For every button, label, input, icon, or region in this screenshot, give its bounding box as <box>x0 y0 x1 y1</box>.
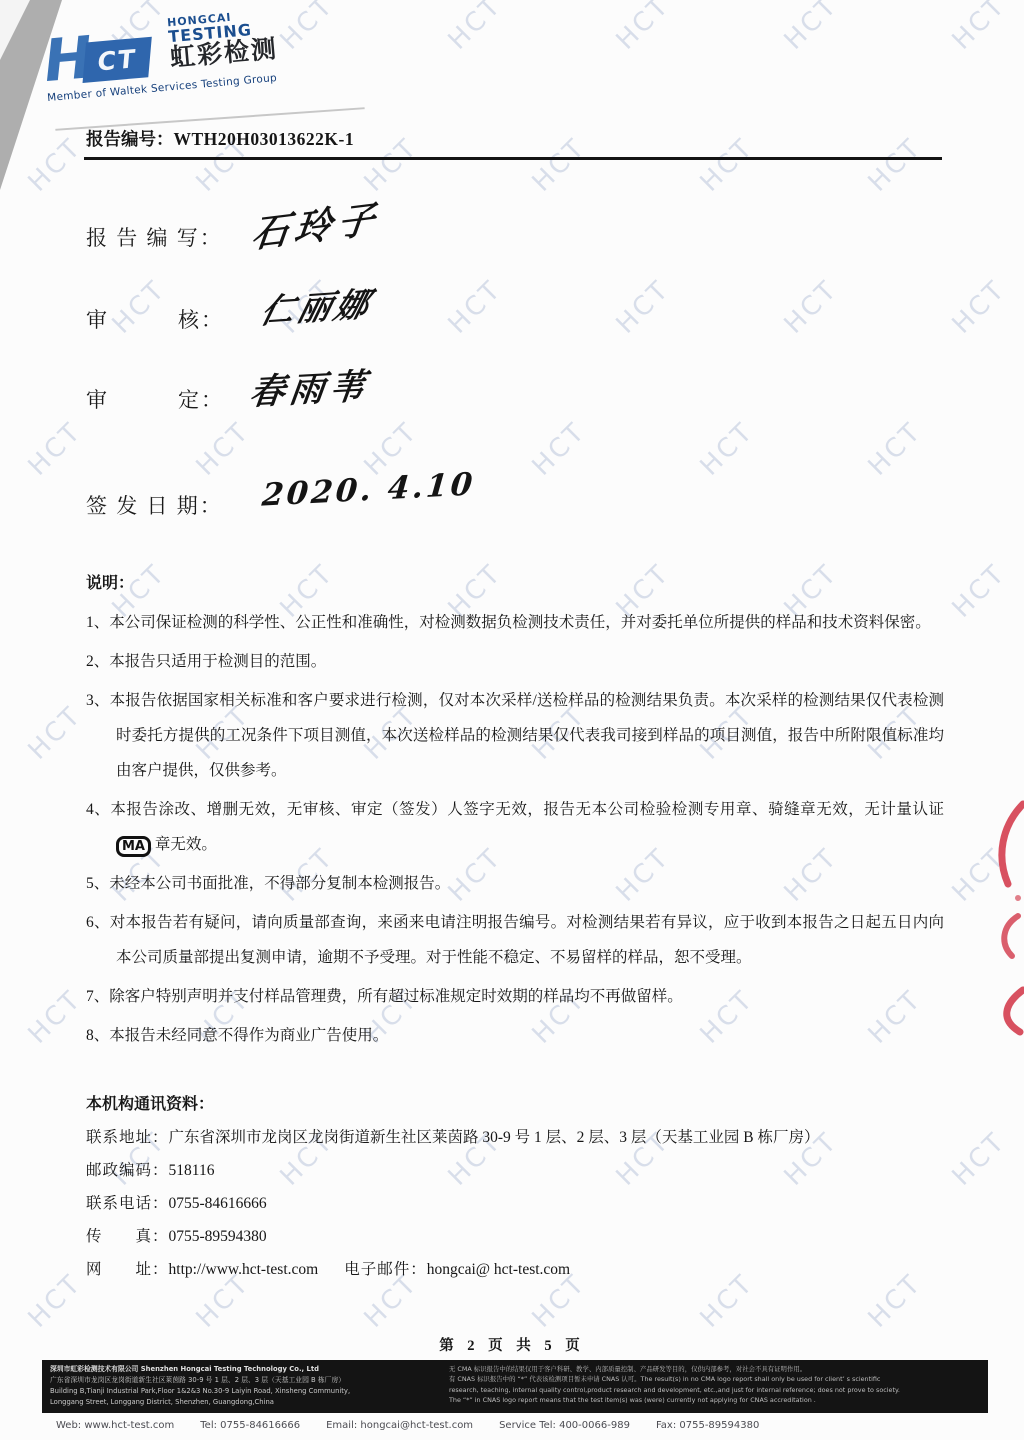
footer-disclaimer-4: The “*” in CNAS logo report means that t… <box>449 1395 980 1405</box>
note-text: 本报告依据国家相关标准和客户要求进行检测，仅对本次采样/送检样品的检测结果负责。… <box>110 692 944 779</box>
contact-phone-label: 联系电话： <box>86 1195 169 1212</box>
footer-bar: 深圳市虹彩检测技术有限公司 Shenzhen Hongcai Testing T… <box>42 1360 988 1413</box>
footer-tel: Tel: 0755-84616666 <box>200 1420 300 1431</box>
hct-watermark: HCT <box>359 132 424 197</box>
writer-signature: 石玲子 <box>249 188 384 259</box>
approver-signature: 春雨苇 <box>247 359 373 416</box>
note-no: 5、 <box>86 875 109 892</box>
footer-contact-strip: Web: www.hct-test.com Tel: 0755-84616666… <box>56 1420 986 1431</box>
note-no: 3、 <box>86 692 110 709</box>
footer-address-en-2: Longgang Street, Longgang District, Shen… <box>50 1397 435 1408</box>
hct-watermark: HCT <box>947 558 1012 623</box>
hct-watermark: HCT <box>443 274 508 339</box>
writer-label: 报 告 编 写： <box>86 222 223 252</box>
note-item-1: 1、本公司保证检测的科学性、公正性和准确性，对检测数据负检测技术责任，并对委托单… <box>86 605 944 640</box>
hct-watermark: HCT <box>23 1268 88 1333</box>
hct-watermark: HCT <box>527 416 592 481</box>
footer-address-cn: 广东省深圳市龙岗区龙岗街道新生社区莱茵路 30-9 号 1 层、2 层、3 层（… <box>50 1375 435 1386</box>
contact-phone: 联系电话：0755-84616666 <box>86 1187 946 1220</box>
note-item-5: 5、未经本公司书面批准，不得部分复制本检测报告。 <box>86 866 944 901</box>
notes-title: 说明： <box>86 566 944 601</box>
contact-postcode-value: 518116 <box>169 1162 215 1179</box>
note-no: 2、 <box>86 653 109 670</box>
footer-disclaimer-3: research, teaching, internal quality con… <box>449 1385 980 1395</box>
note-item-4: 4、本报告涂改、增删无效，无审核、审定（签发）人签字无效，报告无本公司检验检测专… <box>86 792 944 862</box>
footer-fax: Fax: 0755-89594380 <box>656 1420 759 1431</box>
hct-watermark: HCT <box>611 0 676 56</box>
hct-watermark: HCT <box>0 558 4 623</box>
note-text: 本公司保证检测的科学性、公正性和准确性，对检测数据负检测技术责任，并对委托单位所… <box>109 614 931 631</box>
note-no: 8、 <box>86 1027 109 1044</box>
hct-watermark: HCT <box>947 1126 1012 1191</box>
contact-email-label: 电子邮件： <box>344 1261 427 1278</box>
note-text: 未经本公司书面批准，不得部分复制本检测报告。 <box>109 875 450 892</box>
contact-address-value: 广东省深圳市龙岗区龙岗街道新生社区莱茵路 30-9 号 1 层、2 层、3 层（… <box>169 1129 820 1146</box>
note-no: 4、 <box>86 801 110 818</box>
contact-email-value: hongcai@ hct-test.com <box>427 1261 570 1278</box>
contact-web-value: http://www.hct-test.com <box>169 1261 319 1278</box>
note-no: 7、 <box>86 988 109 1005</box>
hct-logo-icon: H CT <box>41 18 164 88</box>
note-item-6: 6、对本报告若有疑问，请向质量部查询，来函来电请注明报告编号。对检测结果若有异议… <box>86 905 944 975</box>
footer-disclaimer-1: 无 CMA 标识报告中的结果仅用于客户科研、教学、内部质量控制、产品研发等目的，… <box>449 1364 980 1374</box>
contact-fax-label: 传 真： <box>86 1228 169 1245</box>
hct-watermark: HCT <box>0 274 4 339</box>
footer-email: Email: hongcai@hct-test.com <box>326 1420 473 1431</box>
approver-label: 审 定： <box>86 384 224 414</box>
contact-fax: 传 真：0755-89594380 <box>86 1220 946 1253</box>
report-number: 报告编号：WTH20H03013622K-1 <box>86 126 354 151</box>
red-seal-fragment-icon <box>996 798 1024 1038</box>
note-text: 章无效。 <box>151 836 217 853</box>
note-item-7: 7、除客户特别声明并支付样品管理费，所有超过标准规定时效期的样品均不再做留样。 <box>86 979 944 1014</box>
header-rule <box>84 157 942 160</box>
issue-date-value: 2020. 4.10 <box>261 466 477 513</box>
note-text: 除客户特别声明并支付样品管理费，所有超过标准规定时效期的样品均不再做留样。 <box>109 988 683 1005</box>
note-no: 1、 <box>86 614 109 631</box>
company-logo: H CT HONGCAI TESTING 虹彩检测 Member of Walt… <box>41 8 281 104</box>
report-number-label: 报告编号： <box>86 129 174 149</box>
page-number: 第 2 页 共 5 页 <box>0 1334 1024 1355</box>
footer-web: Web: www.hct-test.com <box>56 1420 174 1431</box>
contact-phone-value: 0755-84616666 <box>169 1195 267 1212</box>
issue-date-label: 签 发 日 期： <box>86 490 223 520</box>
footer-company-line: 深圳市虹彩检测技术有限公司 Shenzhen Hongcai Testing T… <box>50 1364 435 1375</box>
footer-disclaimer-2: 有 CNAS 标识报告中的 “*” 代表该检测项目暂未申请 CNAS 认可。Th… <box>449 1374 980 1384</box>
hct-watermark: HCT <box>695 132 760 197</box>
reviewer-signature: 仁丽娜 <box>256 278 379 334</box>
contact-postcode: 邮政编码：518116 <box>86 1154 946 1187</box>
hct-watermark: HCT <box>863 416 928 481</box>
note-text: 本报告涂改、增删无效，无审核、审定（签发）人签字无效，报告无本公司检验检测专用章… <box>110 801 944 818</box>
reviewer-label: 审 核： <box>86 304 224 334</box>
hct-watermark: HCT <box>527 132 592 197</box>
hct-watermark: HCT <box>23 416 88 481</box>
contact-address-label: 联系地址： <box>86 1129 169 1146</box>
contact-section: 本机构通讯资料： 联系地址：广东省深圳市龙岗区龙岗街道新生社区莱茵路 30-9 … <box>86 1088 946 1286</box>
footer-service-tel: Service Tel: 400-0066-989 <box>499 1420 630 1431</box>
note-text: 本报告只适用于检测目的范围。 <box>109 653 326 670</box>
hct-watermark: HCT <box>863 132 928 197</box>
contact-web: 网 址：http://www.hct-test.com电子邮件：hongcai@… <box>86 1253 946 1286</box>
hct-watermark: HCT <box>23 700 88 765</box>
contact-address: 联系地址：广东省深圳市龙岗区龙岗街道新生社区莱茵路 30-9 号 1 层、2 层… <box>86 1121 946 1154</box>
note-text: 对本报告若有疑问，请向质量部查询，来函来电请注明报告编号。对检测结果若有异议，应… <box>110 914 944 966</box>
hct-watermark: HCT <box>0 1126 4 1191</box>
hct-watermark: HCT <box>23 984 88 1049</box>
hct-watermark: HCT <box>947 274 1012 339</box>
note-item-8: 8、本报告未经同意不得作为商业广告使用。 <box>86 1018 944 1053</box>
note-item-3: 3、本报告依据国家相关标准和客户要求进行检测，仅对本次采样/送检样品的检测结果负… <box>86 683 944 788</box>
note-no: 6、 <box>86 914 110 931</box>
hct-watermark: HCT <box>947 0 1012 56</box>
report-number-value: WTH20H03013622K-1 <box>174 129 355 149</box>
hct-watermark: HCT <box>275 0 340 56</box>
cma-mark-icon: MA <box>116 836 151 857</box>
hct-watermark: HCT <box>0 842 4 907</box>
contact-title: 本机构通讯资料： <box>86 1088 946 1121</box>
footer-address-en-1: Building B,Tianji Industrial Park,Floor … <box>50 1386 435 1397</box>
contact-postcode-label: 邮政编码： <box>86 1162 169 1179</box>
notes-section: 说明： 1、本公司保证检测的科学性、公正性和准确性，对检测数据负检测技术责任，并… <box>86 566 944 1057</box>
note-item-2: 2、本报告只适用于检测目的范围。 <box>86 644 944 679</box>
contact-web-label: 网 址： <box>86 1261 169 1278</box>
hct-watermark: HCT <box>779 274 844 339</box>
hct-watermark: HCT <box>191 416 256 481</box>
scan-corner-highlight <box>0 0 30 60</box>
logo-ct-glyph: CT <box>96 43 138 76</box>
hct-watermark: HCT <box>611 274 676 339</box>
contact-fax-value: 0755-89594380 <box>169 1228 267 1245</box>
hct-watermark: HCT <box>695 416 760 481</box>
logo-ct-box: CT <box>83 37 152 83</box>
hct-watermark: HCT <box>443 0 508 56</box>
hct-watermark: HCT <box>779 0 844 56</box>
note-text: 本报告未经同意不得作为商业广告使用。 <box>109 1027 388 1044</box>
